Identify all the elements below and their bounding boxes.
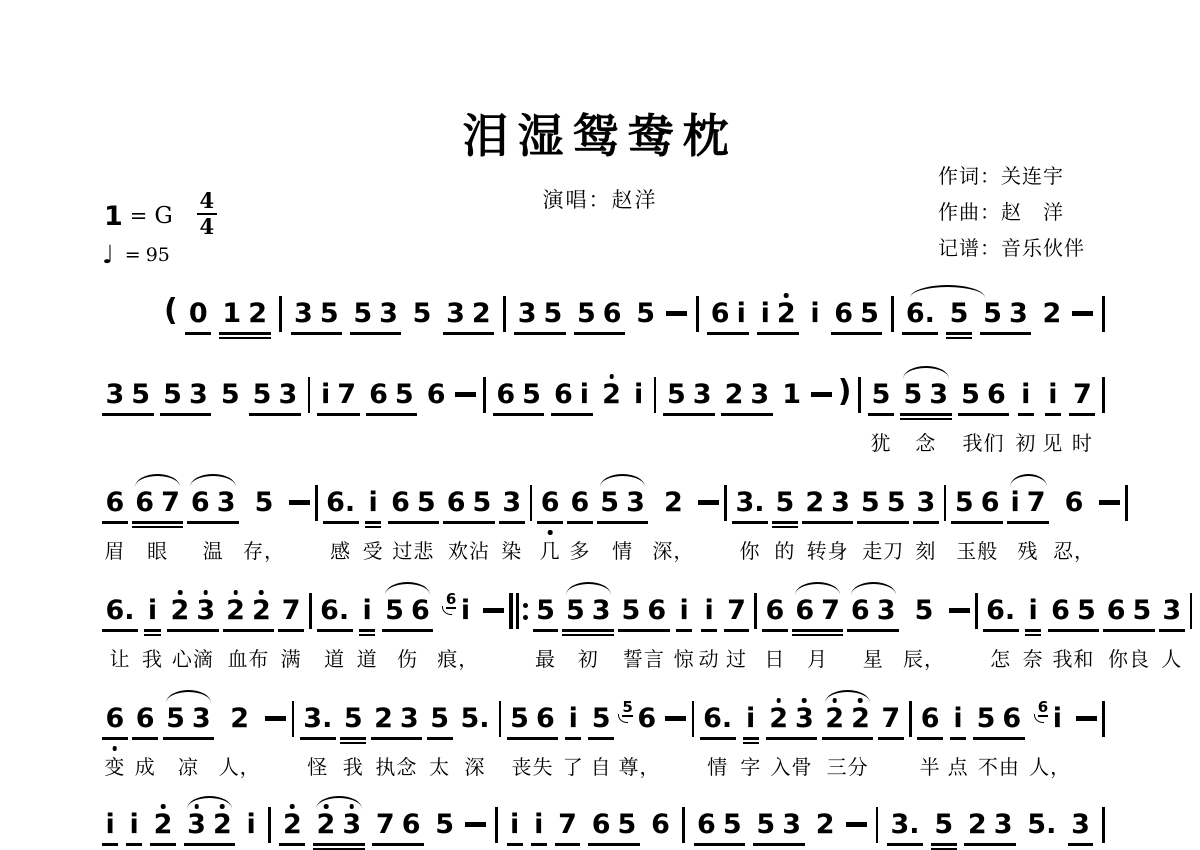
- note-cell: 53念: [900, 363, 952, 455]
- note-group: 65: [493, 379, 545, 422]
- note-group: 22: [223, 595, 275, 638]
- lyric-syllable: 过: [726, 643, 747, 671]
- slur-zone: [1007, 471, 1049, 487]
- note-group: i: [565, 703, 581, 746]
- note-row: 3.: [887, 809, 923, 841]
- underline-zone: [102, 411, 154, 422]
- underline-zone: [167, 627, 219, 638]
- slur-zone: [630, 363, 646, 379]
- lyric-syllable: 残: [1018, 535, 1039, 563]
- barline-cell: [279, 282, 282, 332]
- note-digit: 3: [1071, 809, 1090, 841]
- beam-underline: [743, 742, 759, 744]
- note-digit: 6.: [320, 595, 349, 627]
- repeat-thin-bar: [516, 593, 518, 629]
- note-cell: 56我们: [958, 363, 1010, 455]
- beam-underline: [822, 737, 874, 739]
- lyric-syllable: 痕，: [437, 643, 479, 671]
- note-cell: 3人: [1159, 579, 1185, 671]
- note-cell: 5辰，: [903, 579, 945, 671]
- slur-zone: [551, 363, 593, 379]
- underline-zone: [958, 411, 1010, 422]
- slur-zone: [1029, 687, 1071, 703]
- underline-zone: [365, 519, 381, 530]
- note-row: 22: [223, 595, 275, 627]
- slur-zone: [951, 471, 1003, 487]
- note-group: 7: [278, 595, 304, 638]
- note-row: i7: [317, 379, 359, 411]
- note-row: i: [531, 809, 547, 841]
- note-digit: 2: [664, 487, 683, 519]
- note-digit: 5: [636, 298, 655, 330]
- slur-zone: [900, 363, 952, 379]
- underline-zone: [1048, 627, 1100, 638]
- note-group: 5.: [457, 703, 493, 746]
- time-signature-denominator: 4: [199, 216, 214, 238]
- slur-zone: [291, 282, 343, 298]
- note-row: 65: [588, 809, 640, 841]
- beam-underline: [102, 843, 118, 845]
- note-row: i7: [1007, 487, 1049, 519]
- beam-underline: [102, 521, 128, 523]
- note-row: 65: [493, 379, 545, 411]
- note-digit: 6: [402, 809, 421, 841]
- slur-zone: [648, 793, 674, 809]
- barline: [754, 593, 757, 629]
- slur-zone: [507, 793, 523, 809]
- slur-zone: [757, 282, 799, 298]
- slur-zone: [409, 282, 435, 298]
- note-cell: 6日: [762, 579, 788, 671]
- beam-underline: [1025, 634, 1041, 636]
- note-row: 53: [753, 809, 805, 841]
- note-row: 5: [931, 809, 957, 841]
- underline-zone: [144, 627, 160, 638]
- note-digit: i: [737, 298, 746, 330]
- beam-underline: [184, 843, 236, 845]
- note-row: 56: [574, 298, 626, 330]
- barline-cell: [503, 282, 506, 332]
- beam-underline: [340, 737, 366, 739]
- repeat-barline-cell: [509, 579, 527, 629]
- underline-zone: [619, 735, 659, 746]
- slur-zone: [772, 471, 798, 487]
- note-group: 6.: [902, 298, 938, 341]
- slur-zone: [887, 793, 923, 809]
- note-row: 1: [779, 379, 805, 411]
- note-digit: i: [1048, 379, 1057, 411]
- note-row: 56: [958, 379, 1010, 411]
- note-group: 65: [366, 379, 418, 422]
- underline-zone: [946, 330, 972, 341]
- slur-zone: [382, 579, 434, 595]
- dash-note: [698, 500, 719, 505]
- note-digit: 5: [756, 809, 775, 841]
- underline-zone: [531, 841, 547, 850]
- note-cell: 65你良: [1103, 579, 1155, 671]
- beam-underline: [597, 521, 649, 523]
- note-cell: 12: [219, 282, 271, 341]
- note-row: 67: [792, 595, 844, 627]
- note-digit: 3: [831, 487, 850, 519]
- underline-zone: [951, 519, 1003, 530]
- note-cell: i: [243, 793, 259, 850]
- slur-zone: [913, 471, 939, 487]
- note-digit: 3: [877, 595, 896, 627]
- note-cell: 5的: [772, 471, 798, 563]
- note-row: 53: [249, 379, 301, 411]
- underline-zone: [102, 519, 128, 530]
- slur-zone: [740, 687, 761, 703]
- note-row: i: [144, 595, 160, 627]
- underline-zone: [457, 735, 493, 746]
- note-row: 5: [251, 487, 277, 519]
- note-row: i: [359, 595, 375, 627]
- lyric-syllable: 受: [363, 535, 384, 563]
- lyric-syllable: 深，: [652, 535, 694, 563]
- lyric-syllable: 惊: [674, 643, 695, 671]
- note-cell: 32: [184, 793, 236, 850]
- note-cell: 5.: [1024, 793, 1060, 850]
- note-cell: i: [807, 282, 823, 341]
- slur-zone: [724, 579, 750, 595]
- note-digit: 6: [603, 298, 622, 330]
- score-line: 3553553i7656656i2i53231)5犹53念56我们i初i见7时: [100, 363, 1108, 455]
- beam-underline: [514, 332, 566, 334]
- note-cell: 65: [694, 793, 746, 850]
- slur-arc: [385, 582, 430, 595]
- note-digit: 7: [1027, 487, 1046, 519]
- note-digit: 6: [647, 595, 666, 627]
- note-row: 6.: [102, 595, 138, 627]
- note-cell: 6.道: [317, 579, 353, 671]
- note-digit: 3: [795, 703, 814, 735]
- underline-zone: [700, 735, 736, 746]
- slur-zone: [223, 579, 275, 595]
- slur-zone: [674, 579, 695, 595]
- underline-zone: [432, 841, 458, 850]
- note-group: i: [1018, 379, 1034, 422]
- note-digit: 5: [320, 298, 339, 330]
- beam-underline: [317, 413, 359, 415]
- note-row: 3: [499, 487, 525, 519]
- note-cell: 35: [514, 282, 566, 341]
- note-group: 6: [102, 703, 128, 746]
- slur-zone: [766, 687, 818, 703]
- lyric-syllable: 情: [707, 751, 728, 779]
- note-digit: 6.: [906, 298, 935, 330]
- underline-zone: [217, 411, 243, 422]
- note-cell: 7过: [724, 579, 750, 671]
- note-digit: 6: [411, 595, 430, 627]
- note-row: 6: [102, 703, 128, 735]
- note-cell: 56丧失: [507, 687, 559, 779]
- dash-note-cell: [846, 793, 867, 827]
- slur-zone: [499, 471, 525, 487]
- slur-zone: [983, 579, 1019, 595]
- beam-underline: [857, 521, 909, 523]
- slur-arc: [795, 582, 840, 595]
- beam-underline: [1025, 629, 1041, 631]
- note-row: 0: [185, 298, 211, 330]
- note-digit: 5: [473, 487, 492, 519]
- dash-note: [465, 822, 486, 827]
- note-digit: 5: [887, 487, 906, 519]
- note-cell: 23心滴: [167, 579, 219, 671]
- note-row: 56: [382, 595, 434, 627]
- slur-zone: [1068, 793, 1094, 809]
- note-cell: 53: [980, 282, 1032, 341]
- note-digit: 3: [400, 703, 419, 735]
- note-row: 7: [555, 809, 581, 841]
- note-group: 6: [648, 809, 674, 850]
- note-digit: 2: [968, 809, 987, 841]
- underline-zone: [707, 330, 749, 341]
- note-row: 6: [537, 487, 563, 519]
- note-cell: 63温: [187, 471, 239, 563]
- note-digit: 7: [727, 595, 746, 627]
- underline-zone: [150, 841, 176, 850]
- note-row: 5: [533, 595, 559, 627]
- beam-underline: [792, 629, 844, 631]
- barline-cell: [499, 687, 502, 737]
- note-group: 7: [724, 595, 750, 638]
- underline-zone: [567, 519, 593, 530]
- beam-underline: [980, 332, 1032, 334]
- note-digit: 3: [196, 595, 215, 627]
- note-digit: 6: [447, 487, 466, 519]
- beam-underline: [753, 843, 805, 845]
- note-digit: 2: [213, 809, 232, 841]
- underline-zone: [618, 627, 670, 638]
- note-row: 65: [694, 809, 746, 841]
- tempo-bpm: 95: [146, 244, 170, 266]
- slur-zone: [868, 363, 894, 379]
- barline-cell: [654, 363, 657, 413]
- slur-zone: [243, 471, 285, 487]
- underline-zone: [423, 411, 449, 422]
- beam-underline: [493, 413, 545, 415]
- underline-zone: [721, 411, 773, 422]
- note-digit: i: [569, 703, 578, 735]
- underline-zone: [900, 411, 952, 422]
- barline: [1190, 593, 1193, 629]
- note-row: 23: [721, 379, 773, 411]
- note-row: i: [565, 703, 581, 735]
- note-cell: 65: [831, 282, 883, 341]
- repeat-dot: [523, 615, 528, 620]
- note-digit: 5: [776, 487, 795, 519]
- beam-underline: [350, 332, 402, 334]
- note-group: 65: [831, 298, 883, 341]
- note-digit: 6: [191, 487, 210, 519]
- underline-zone: [694, 841, 746, 850]
- slur-zone: [372, 793, 424, 809]
- note-digit: i: [534, 809, 543, 841]
- slur-zone: [902, 282, 938, 298]
- barline: [495, 807, 498, 843]
- repeat-barline: [509, 593, 527, 629]
- slur-zone: [340, 687, 366, 703]
- note-digit: i: [368, 487, 377, 519]
- underline-zone: [443, 519, 495, 530]
- beam-underline: [144, 629, 160, 631]
- slur-zone: [1053, 471, 1095, 487]
- note-row: 53: [160, 379, 212, 411]
- note-digit: 3: [592, 595, 611, 627]
- note-group: 2: [660, 487, 686, 530]
- underline-zone: [323, 519, 359, 530]
- note-row: 6: [102, 487, 128, 519]
- barline-cell: [292, 687, 295, 737]
- lyric-syllable: 转身: [807, 535, 849, 563]
- underline-zone: [1045, 411, 1061, 422]
- note-digit: 2: [171, 595, 190, 627]
- barline: [503, 296, 506, 332]
- underline-zone: [902, 330, 938, 341]
- beam-underline: [150, 843, 176, 845]
- note-cell: 3.怪: [300, 687, 336, 779]
- underline-zone: [185, 330, 211, 341]
- lyric-syllable: 心滴: [172, 643, 214, 671]
- slur-zone: [618, 579, 670, 595]
- barline: [530, 485, 533, 521]
- note-cell: 35: [291, 282, 343, 341]
- note-row: 55: [857, 487, 909, 519]
- note-digit: 5: [667, 379, 686, 411]
- slur-zone: [973, 687, 1025, 703]
- note-digit: 2: [317, 809, 336, 841]
- slur-zone: [350, 282, 402, 298]
- note-row: 5: [427, 703, 453, 735]
- dash-note-cell: [1076, 687, 1097, 721]
- note-group: 5: [772, 487, 798, 530]
- underline-zone: [126, 841, 142, 850]
- note-group: 3: [499, 487, 525, 530]
- note-cell: 56尊，: [619, 687, 661, 779]
- note-cell: i动: [699, 579, 720, 671]
- barline: [308, 377, 311, 413]
- note-row: 2: [227, 703, 253, 735]
- note-row: 23: [802, 487, 854, 519]
- note-digit: 6.: [326, 487, 355, 519]
- note-digit: 3: [192, 703, 211, 735]
- note-digit: 5: [961, 379, 980, 411]
- note-digit: i: [363, 595, 372, 627]
- note-cell: 67月: [792, 579, 844, 671]
- note-group: 56: [619, 703, 659, 746]
- slur-arc: [135, 474, 180, 487]
- note-row: 35: [291, 298, 343, 330]
- note-digit: 6: [766, 595, 785, 627]
- dash-note: [949, 608, 970, 613]
- underline-zone: [980, 330, 1032, 341]
- note-row: 2: [660, 487, 686, 519]
- barline-cell: [944, 471, 947, 521]
- beam-underline: [323, 521, 359, 523]
- dash-note: [846, 822, 867, 827]
- slur-zone: [443, 282, 495, 298]
- underline-zone: [313, 841, 365, 850]
- note-row: 53: [900, 379, 952, 411]
- note-row: 32: [184, 809, 236, 841]
- note-row: 53: [350, 298, 402, 330]
- slur-zone: [1039, 282, 1065, 298]
- lyric-syllable: 人: [1161, 643, 1182, 671]
- beam-underline: [700, 737, 736, 739]
- beam-underline: [102, 413, 154, 415]
- slur-zone: [507, 687, 559, 703]
- grace-note: 6: [446, 592, 456, 609]
- underline-zone: [409, 330, 435, 341]
- underline-zone: [802, 519, 854, 530]
- barline-cell: [315, 471, 318, 521]
- beam-underline: [551, 413, 593, 415]
- barline: [909, 701, 912, 737]
- beam-underline: [219, 337, 271, 339]
- note-digit: 3: [917, 487, 936, 519]
- note-row: 2: [812, 809, 838, 841]
- beam-underline: [958, 413, 1010, 415]
- repeat-dots: [523, 599, 528, 623]
- beam-underline: [847, 629, 899, 631]
- note-row: 6.: [902, 298, 938, 330]
- note-group: 56: [574, 298, 626, 341]
- underline-zone: [792, 627, 844, 638]
- note-digit: 6: [1002, 703, 1021, 735]
- beam-underline: [766, 737, 818, 739]
- note-digit: 6: [711, 298, 730, 330]
- note-cell: 65我和: [1048, 579, 1100, 671]
- beam-underline: [562, 634, 614, 636]
- note-row: 53: [562, 595, 614, 627]
- note-cell: i了: [563, 687, 584, 779]
- underline-zone: [913, 519, 939, 530]
- note-digit: 2: [374, 703, 393, 735]
- note-digit: 3: [379, 298, 398, 330]
- note-group: i: [630, 379, 646, 422]
- note-row: 6.: [983, 595, 1019, 627]
- slur-zone: [132, 687, 158, 703]
- note-cell: 63星: [847, 579, 899, 671]
- slur-zone: [249, 363, 301, 379]
- slur-zone: [537, 471, 563, 487]
- note-digit: 2: [825, 703, 844, 735]
- underline-zone: [588, 841, 640, 850]
- note-digit: 5: [510, 703, 529, 735]
- dash-note-cell: [698, 471, 719, 505]
- note-digit: 7: [376, 809, 395, 841]
- lyric-syllable: 我: [343, 751, 364, 779]
- note-cell: 5: [931, 793, 957, 850]
- note-cell: i: [126, 793, 142, 850]
- note-group: 6i: [443, 595, 474, 638]
- slur-zone: [1042, 363, 1063, 379]
- barline: [891, 296, 894, 332]
- underline-zone: [251, 519, 277, 530]
- note-row: i2: [757, 298, 799, 330]
- slur-zone: [779, 363, 805, 379]
- beam-underline: [868, 413, 894, 415]
- underline-zone: [847, 627, 899, 638]
- slur-zone: [185, 282, 211, 298]
- lyric-syllable: 奈: [1023, 643, 1044, 671]
- close-paren: ): [838, 375, 852, 409]
- note-row: i: [507, 809, 523, 841]
- note-cell: 53凉: [163, 687, 215, 779]
- note-cell: 7时: [1069, 363, 1095, 455]
- slur-zone: [160, 363, 212, 379]
